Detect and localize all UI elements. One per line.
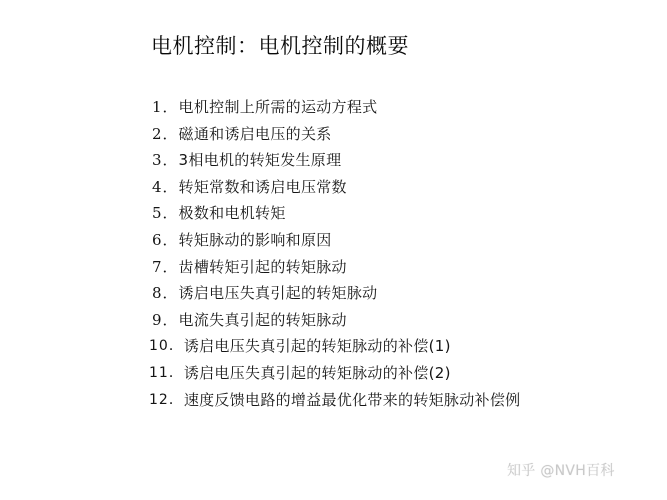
toc-item-number: 7． bbox=[152, 254, 179, 281]
toc-item-9: 9． 电流失真引起的转矩脉动 bbox=[152, 307, 520, 334]
page-title: 电机控制：电机控制的概要 bbox=[151, 30, 409, 60]
toc-item-text: 诱启电压失真引起的转矩脉动 bbox=[179, 280, 378, 307]
toc-item-number: 11． bbox=[149, 360, 184, 387]
toc-item-7: 7． 齿槽转矩引起的转矩脉动 bbox=[152, 254, 520, 281]
toc-item-number: 8． bbox=[152, 280, 179, 307]
toc-item-text: 转矩常数和诱启电压常数 bbox=[179, 174, 347, 201]
toc-item-6: 6． 转矩脉动的影响和原因 bbox=[152, 227, 520, 254]
toc-item-number: 12． bbox=[149, 387, 184, 414]
toc-item-text: 速度反馈电路的增益最优化带来的转矩脉动补偿例 bbox=[184, 387, 521, 414]
toc-item-5: 5． 极数和电机转矩 bbox=[152, 200, 520, 227]
toc-item-10: 10． 诱启电压失真引起的转矩脉动的补偿(1) bbox=[149, 333, 520, 360]
toc-item-number: 5． bbox=[152, 200, 179, 227]
toc-item-4: 4． 转矩常数和诱启电压常数 bbox=[152, 174, 520, 201]
toc-item-text: 电机控制上所需的运动方程式 bbox=[179, 94, 378, 121]
toc-item-12: 12． 速度反馈电路的增益最优化带来的转矩脉动补偿例 bbox=[149, 387, 520, 414]
toc-item-number: 2． bbox=[152, 121, 179, 148]
toc-item-text: 转矩脉动的影响和原因 bbox=[179, 227, 332, 254]
toc-item-number: 3． bbox=[152, 147, 179, 174]
toc-item-number: 6． bbox=[152, 227, 179, 254]
watermark: 知乎 @NVH百科 bbox=[507, 460, 615, 480]
toc-item-text: 磁通和诱启电压的关系 bbox=[179, 121, 332, 148]
toc-item-text: 诱启电压失真引起的转矩脉动的补偿(2) bbox=[184, 360, 451, 387]
toc-item-3: 3． 3相电机的转矩发生原理 bbox=[152, 147, 520, 174]
toc-item-text: 诱启电压失真引起的转矩脉动的补偿(1) bbox=[184, 333, 451, 360]
toc-item-8: 8． 诱启电压失真引起的转矩脉动 bbox=[152, 280, 520, 307]
toc-item-number: 9． bbox=[152, 307, 179, 334]
toc-item-2: 2． 磁通和诱启电压的关系 bbox=[152, 121, 520, 148]
toc-item-text: 极数和电机转矩 bbox=[179, 200, 286, 227]
toc-item-number: 1． bbox=[152, 94, 179, 121]
toc-item-number: 10． bbox=[149, 333, 184, 360]
toc-item-text: 电流失真引起的转矩脉动 bbox=[179, 307, 347, 334]
toc-item-11: 11． 诱启电压失真引起的转矩脉动的补偿(2) bbox=[149, 360, 520, 387]
toc-item-text: 齿槽转矩引起的转矩脉动 bbox=[179, 254, 347, 281]
toc-item-number: 4． bbox=[152, 174, 179, 201]
toc-item-1: 1． 电机控制上所需的运动方程式 bbox=[152, 94, 520, 121]
toc-item-text: 3相电机的转矩发生原理 bbox=[179, 147, 342, 174]
table-of-contents: 1． 电机控制上所需的运动方程式 2． 磁通和诱启电压的关系 3． 3相电机的转… bbox=[152, 94, 520, 413]
